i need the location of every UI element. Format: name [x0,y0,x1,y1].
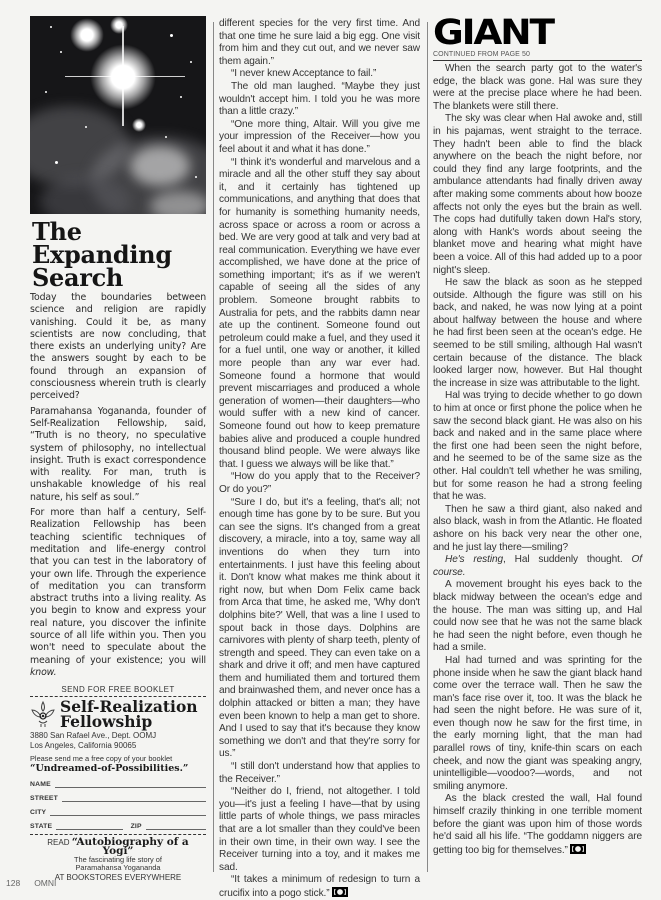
read-prefix: READ [47,838,69,847]
street-input-line[interactable] [62,794,206,802]
srf-advertisement: The Expanding Search Today the boundarie… [30,16,206,882]
book-promo: READ “Autobiography of a Yogi” The fasci… [30,838,206,882]
story-paragraph: “It takes a minimum of redesign to turn … [219,874,420,900]
org-address: 3880 San Rafael Ave., Dept. OOMJ Los Ang… [30,731,206,751]
org-masthead: Self-Realization Fellowship [30,699,206,729]
zip-input-line[interactable] [146,822,206,830]
story-paragraph: “I still don't understand how that appli… [219,761,420,786]
emphasis-know: know. [30,667,56,678]
ad-paragraph: For more than half a century, Self-Reali… [30,507,206,679]
book-author: Paramahansa Yogananda [30,864,206,872]
ad-paragraph: Today the boundaries between science and… [30,292,206,403]
city-input-line[interactable] [50,808,206,816]
state-label: STATE [30,823,52,830]
ad-paragraph-text: For more than half a century, Self-Reali… [30,507,206,666]
booklet-title: “Undreamed-of-Possibilities.” [30,763,206,774]
city-field[interactable]: CITY [30,808,206,816]
story-paragraph: “Sure I do, but it's a feeling, that's a… [219,497,420,761]
lotus-emblem-icon [30,700,56,728]
zip-label: ZIP [131,823,142,830]
column-rule [213,22,214,872]
ad-headline: The Expanding Search [32,220,206,289]
nebula-photo [30,16,206,214]
state-input-line[interactable] [56,822,122,830]
street-label: STREET [30,795,58,802]
magazine-name: OMNI [34,878,56,888]
italic-thought: He's resting [445,554,503,565]
coupon-cut-line [30,834,206,835]
story-paragraph: “How do you apply that to the Receiver? … [219,471,420,496]
book-title: “Autobiography of a Yogi” [72,836,189,857]
story-column-right: GIANT CONTINUED FROM PAGE 50 When the se… [433,18,642,857]
story-paragraph: “Neither do I, friend, not altogether. I… [219,786,420,874]
story-paragraph: different species for the very first tim… [219,18,420,68]
story-paragraph: The sky was clear when Hal awoke and, st… [433,113,642,277]
headline-line: Search [32,266,206,289]
omni-end-mark-icon [332,887,348,897]
story-paragraph: “I never knew Acceptance to fail.” [219,68,420,81]
name-field[interactable]: NAME [30,780,206,788]
story-paragraph: A movement brought his eyes back to the … [433,579,642,655]
city-label: CITY [30,809,46,816]
story-paragraph: Hal was trying to decide whether to go d… [433,390,642,503]
name-input-line[interactable] [55,780,206,788]
omni-end-mark-icon [570,844,586,854]
column-rule [427,22,428,872]
story-paragraph-text: “It takes a minimum of redesign to turn … [219,874,420,899]
story-paragraph: He's resting, Hal suddenly thought. Of c… [433,554,642,579]
ad-body: Today the boundaries between science and… [30,292,206,679]
bookstores-cta: AT BOOKSTORES EVERYWHERE [30,873,206,882]
title-rule [433,60,642,61]
mail-in-coupon: Self-Realization Fellowship 3880 San Raf… [30,699,206,835]
address-line: 3880 San Rafael Ave., Dept. OOMJ [30,731,206,741]
state-zip-row: STATE ZIP [30,822,206,830]
thought-tail: , Hal suddenly thought. [503,554,623,565]
booklet-request-text: Please send me a free copy of your bookl… [30,754,206,763]
org-name-line: Fellowship [60,714,198,729]
street-field[interactable]: STREET [30,794,206,802]
story-paragraph: “I think it's wonderful and marvelous an… [219,157,420,472]
story-paragraph-text: As the black crested the wall, Hal found… [433,793,642,855]
story-column-middle: different species for the very first tim… [219,18,420,900]
page-number: 128 [6,878,20,888]
story-paragraph: When the search party got to the water's… [433,63,642,113]
name-label: NAME [30,781,51,788]
page-folio: 128OMNI [6,878,56,888]
org-name: Self-Realization Fellowship [60,699,198,729]
story-paragraph: “One more thing, Altair. Will you give m… [219,119,420,157]
send-booklet-label: SEND FOR FREE BOOKLET [30,685,206,694]
story-paragraph: He saw the black as soon as he stepped o… [433,277,642,390]
story-paragraph: Then he saw a third giant, also naked an… [433,504,642,554]
story-paragraph: As the black crested the wall, Hal found… [433,793,642,857]
ad-paragraph: Paramahansa Yogananda, founder of Self-R… [30,406,206,504]
story-paragraph: Hal had turned and was sprinting for the… [433,655,642,794]
story-title: GIANT [433,18,657,49]
story-paragraph: The old man laughed. “Maybe they just wo… [219,81,420,119]
address-line: Los Angeles, California 90065 [30,741,206,751]
